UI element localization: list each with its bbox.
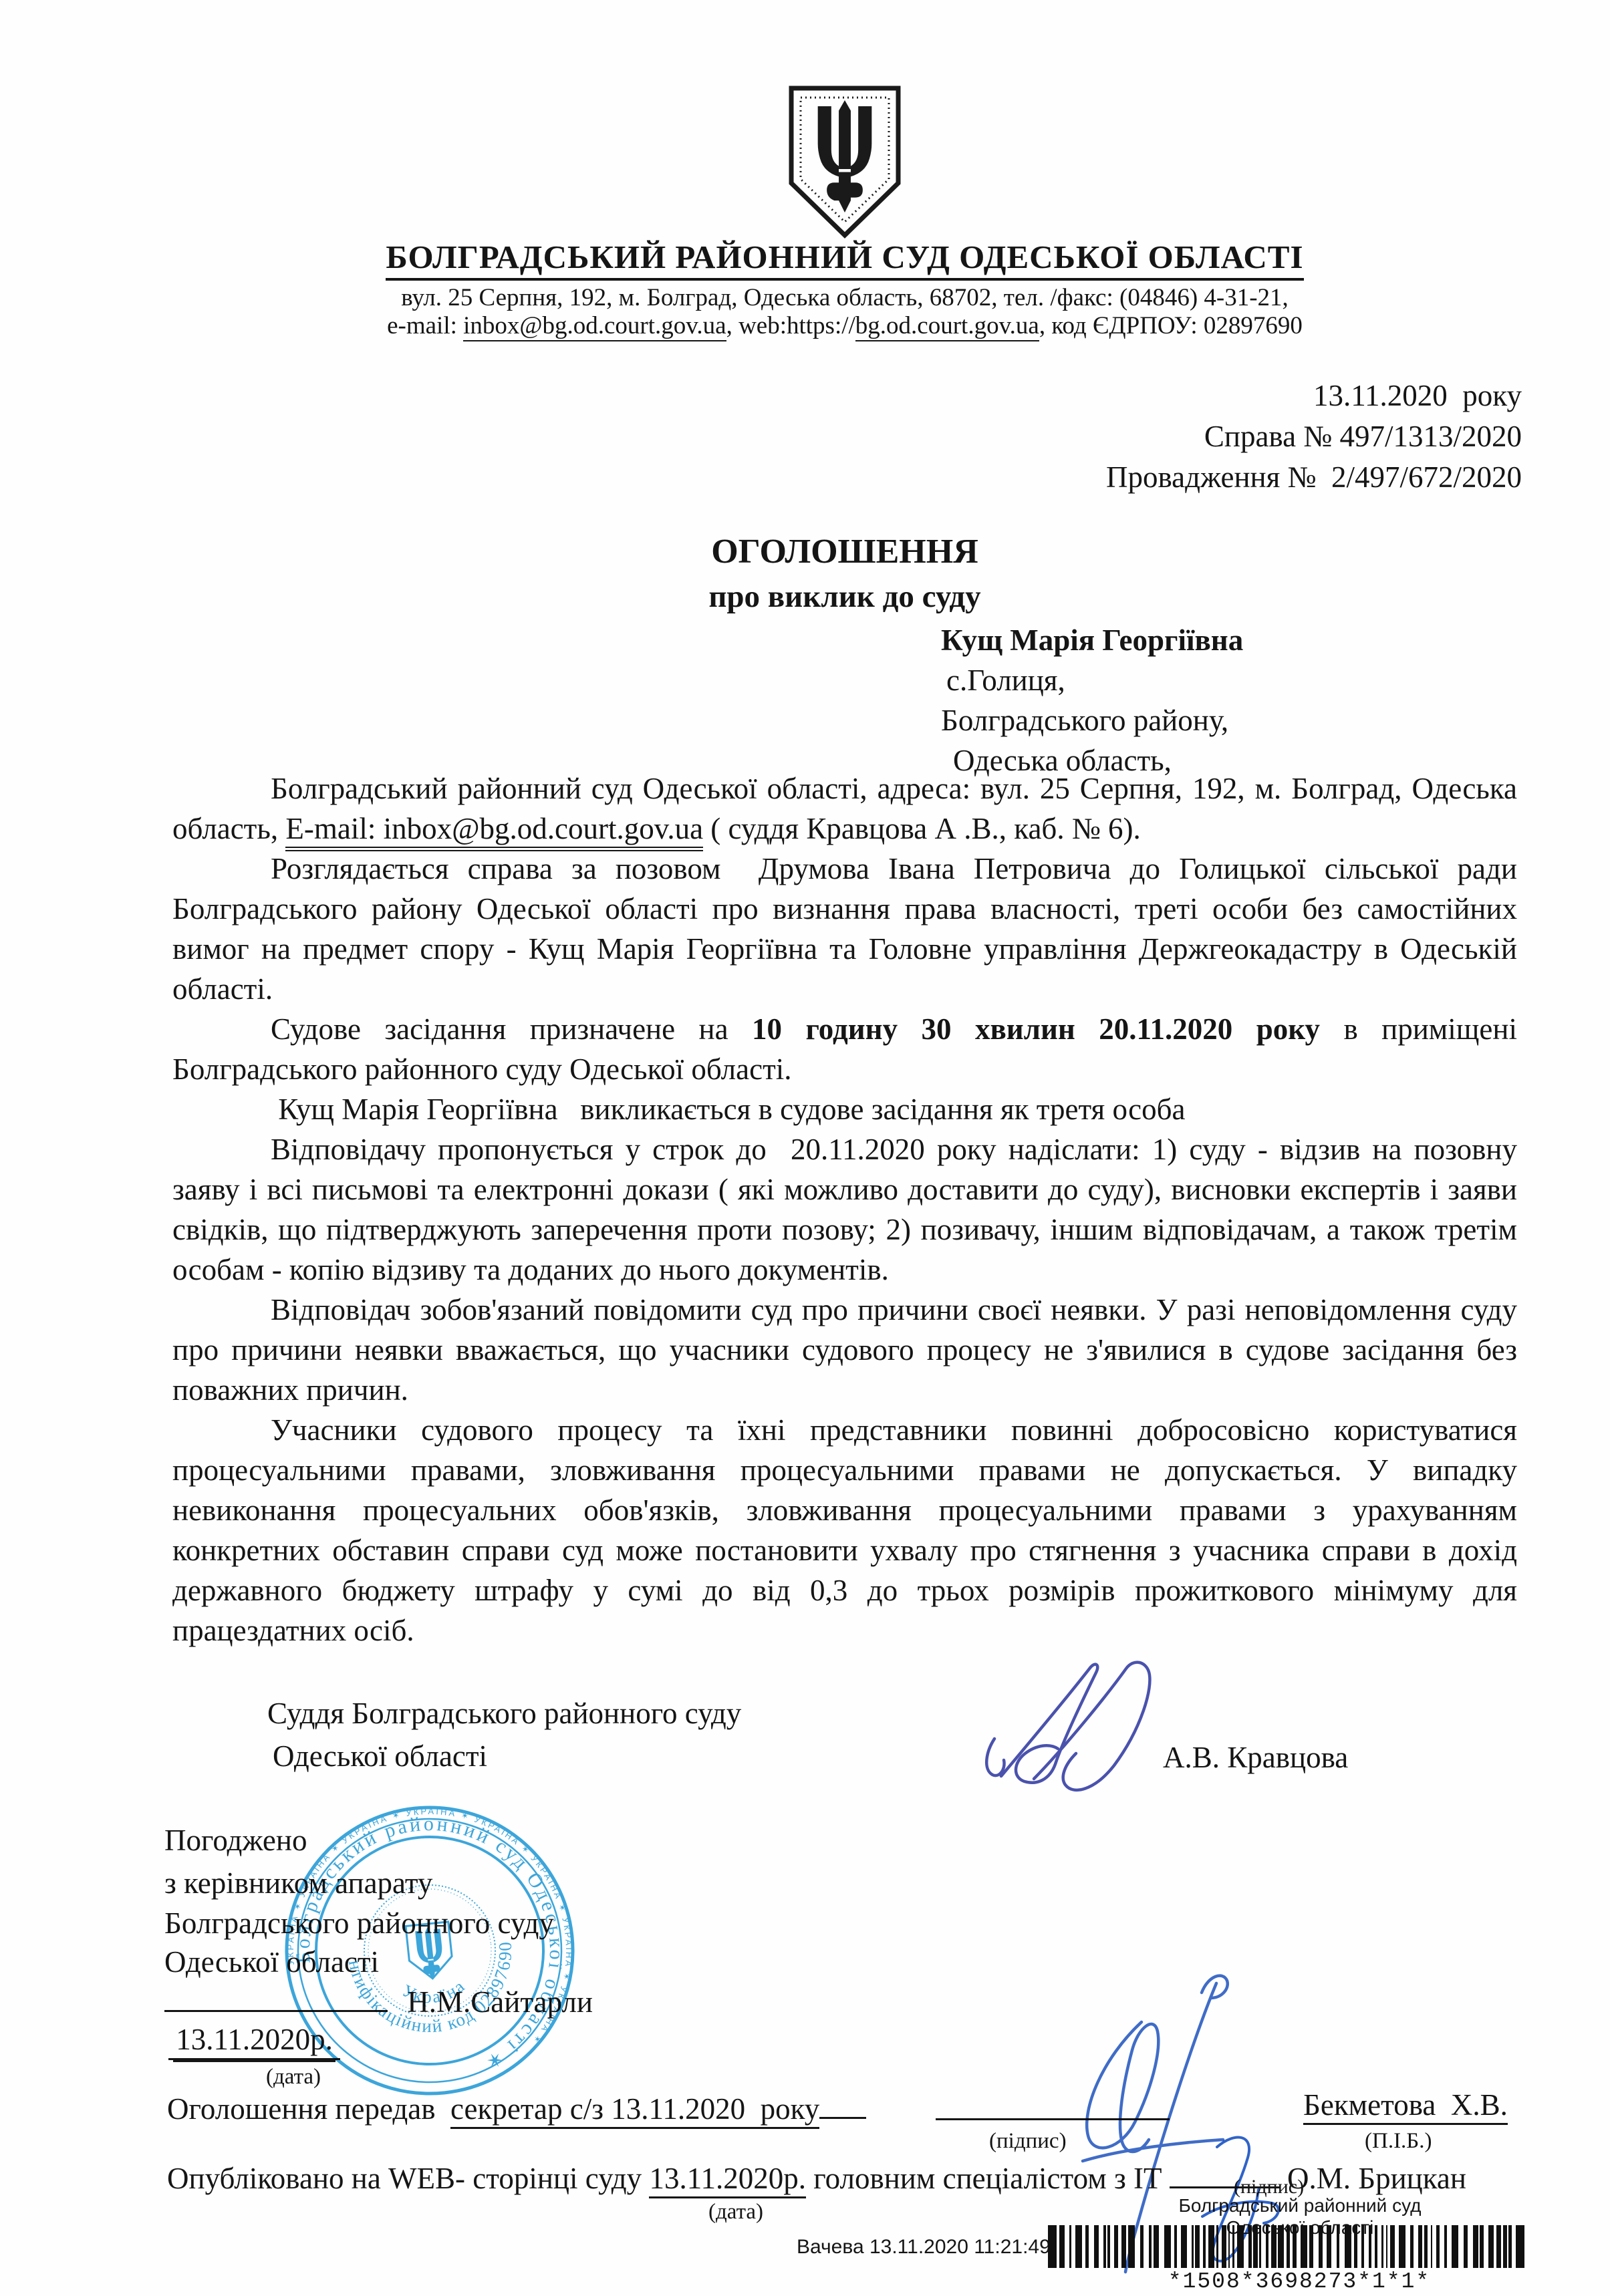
document-title: ОГОЛОШЕННЯ xyxy=(172,532,1517,571)
court-email: inbox@bg.od.court.gov.ua xyxy=(463,312,726,341)
document-body: Болградський районний суд Одеської облас… xyxy=(172,768,1517,1651)
judge-title-line1: Суддя Болградського районного суду xyxy=(267,1693,741,1733)
paragraph-procedural-rights: Учасники судового процесу та їхні предст… xyxy=(172,1410,1517,1651)
document-subtitle: про виклик до суду xyxy=(172,579,1517,615)
barcode-operator-text: Вачева 13.11.2020 11:21:49 xyxy=(797,2236,1051,2259)
case-number: Справа № 497/1313/2020 xyxy=(1106,416,1522,457)
addressee-district: Болградського району, xyxy=(941,700,1243,740)
stamp-country-text: Україна xyxy=(398,1975,471,2011)
paragraph-case-description: Розглядається справа за позовом Друмова … xyxy=(172,849,1517,1009)
addressee-name: Кущ Марія Георгіївна xyxy=(941,620,1243,660)
paragraph-court-contacts: Болградський районний суд Одеської облас… xyxy=(172,768,1517,849)
paragraph-absence-notice: Відповідач зобов'язаний повідомити суд п… xyxy=(172,1290,1517,1410)
secretary-name: Бекметова Х.В. xyxy=(1303,2085,1508,2125)
document-date: 13.11.2020 року xyxy=(1106,376,1522,416)
court-address: вул. 25 Серпня, 192, м. Болград, Одеська… xyxy=(172,283,1517,312)
barcode-value: *1508*3698273*1*1* xyxy=(1048,2269,1551,2294)
addressee-village: с.Голиця, xyxy=(946,660,1243,700)
name-caption: (П.І.Б.) xyxy=(1365,2129,1432,2154)
addressee-block: Кущ Марія Георгіївна с.Голиця, Болградсь… xyxy=(941,620,1243,780)
case-info-block: 13.11.2020 року Справа № 497/1313/2020 П… xyxy=(1106,376,1522,498)
hearing-datetime: 10 годину 30 хвилин 20.11.2020 року xyxy=(752,1012,1320,1046)
scanned-court-document: БОЛГРАДСЬКИЙ РАЙОННИЙ СУД ОДЕСЬКОЇ ОБЛАС… xyxy=(0,0,1610,2296)
transfer-row: Оголошення передав секретар с/з 13.11.20… xyxy=(167,2085,866,2129)
judge-signature xyxy=(932,1597,1170,1808)
body-email: E-mail: inbox@bg.od.court.gov.ua xyxy=(285,812,703,851)
paragraph-respondent-duties: Відповідачу пропонується у строк до 20.1… xyxy=(172,1129,1517,1290)
paragraph-summons: Кущ Марія Георгіївна викликається в судо… xyxy=(172,1089,1517,1129)
barcode xyxy=(1048,2225,1551,2268)
paragraph-hearing: Судове засідання призначене на 10 годину… xyxy=(172,1009,1517,1089)
court-name: БОЛГРАДСЬКИЙ РАЙОННИЙ СУД ОДЕСЬКОЇ ОБЛАС… xyxy=(172,238,1517,276)
publish-date-caption: (дата) xyxy=(708,2200,763,2225)
judge-name: А.В. Кравцова xyxy=(1163,1737,1348,1777)
publish-date: 13.11.2020р. xyxy=(649,2162,806,2198)
coat-of-arms xyxy=(172,83,1517,244)
proceeding-number: Провадження № 2/497/672/2020 xyxy=(1106,457,1522,498)
court-name-text: БОЛГРАДСЬКИЙ РАЙОННИЙ СУД ОДЕСЬКОЇ ОБЛАС… xyxy=(386,239,1303,281)
transfer-underlined: секретар с/з 13.11.2020 року xyxy=(450,2092,819,2129)
court-round-stamp: Болградський районний суд Одеської облас… xyxy=(279,1800,580,2101)
ukraine-trident-icon xyxy=(785,83,905,241)
judge-title-line2: Одеської області xyxy=(273,1736,487,1776)
court-website: bg.od.court.gov.ua xyxy=(855,312,1039,341)
court-contacts: e-mail: inbox@bg.od.court.gov.ua, web:ht… xyxy=(172,311,1517,340)
